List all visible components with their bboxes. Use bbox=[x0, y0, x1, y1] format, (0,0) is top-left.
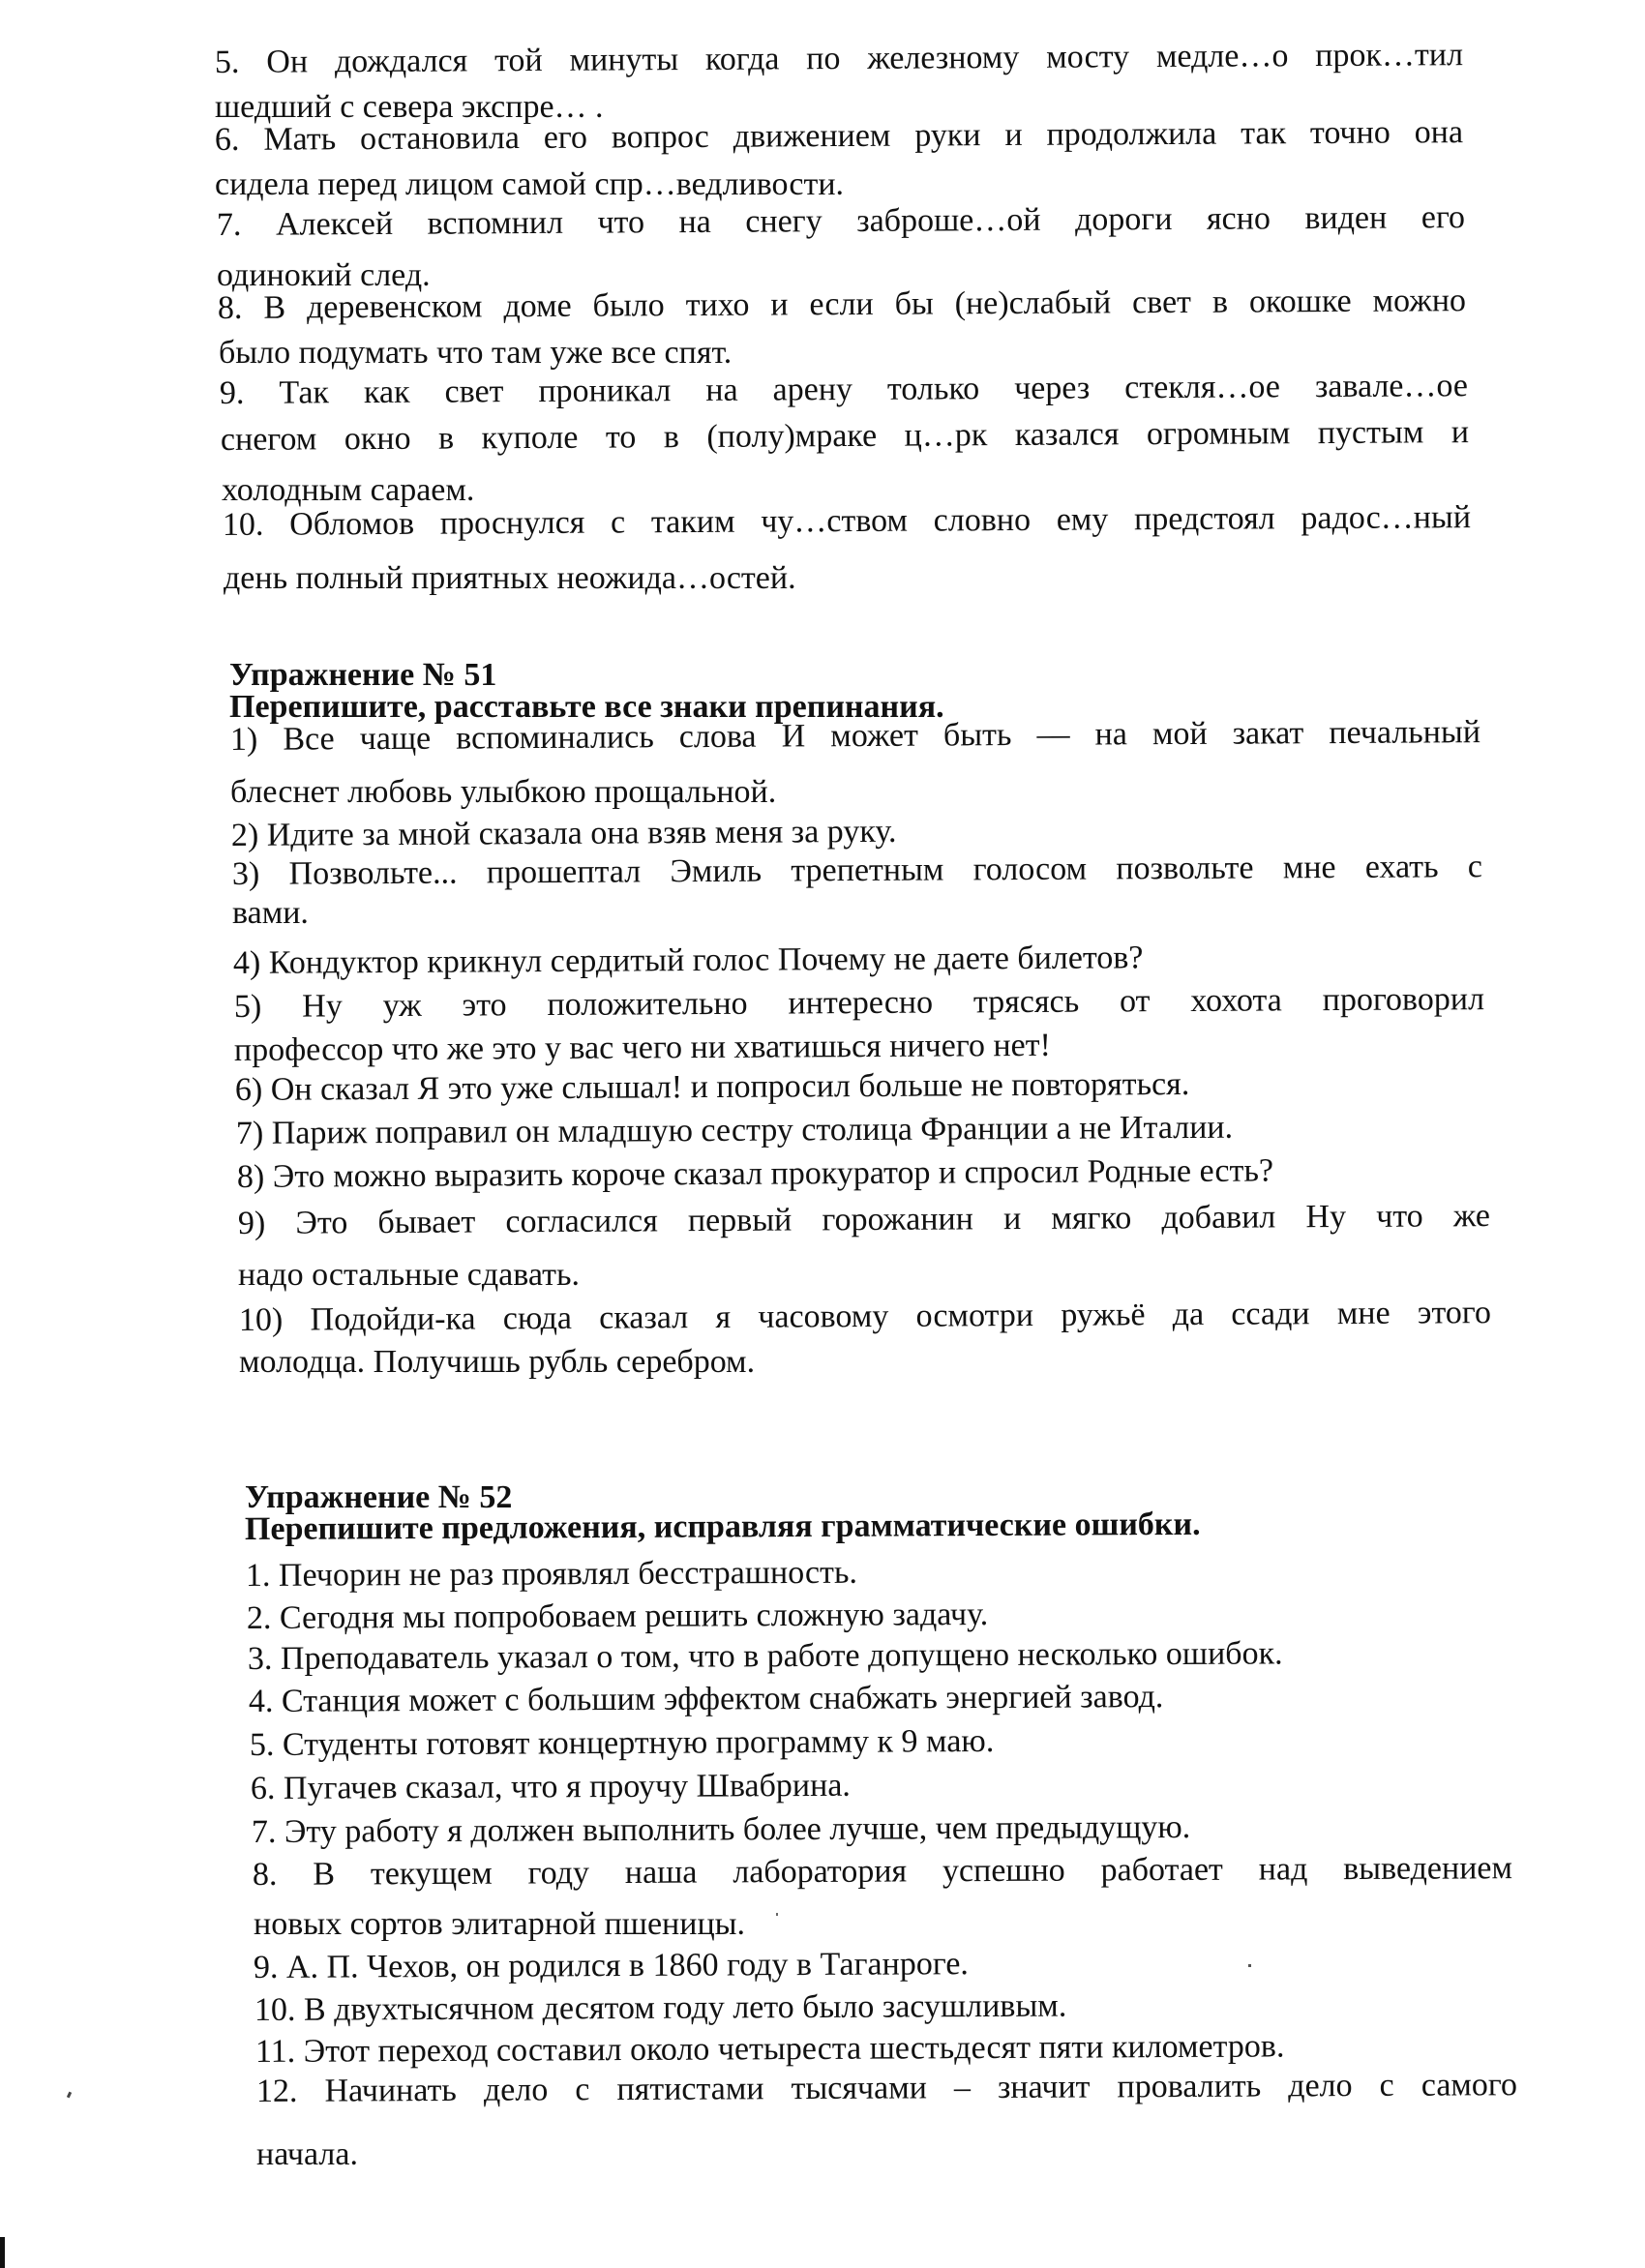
exercise-item-line: 7. Эту работу я должен выполнить более л… bbox=[252, 1807, 1190, 1853]
exercise-item-line: 9. А. П. Чехов, он родился в 1860 году в… bbox=[254, 1944, 969, 1988]
exercise-item-line: 11. Этот переход составил около четырест… bbox=[255, 2026, 1285, 2073]
exercise-item-line: 5) Ну уж это положительно интересно тряс… bbox=[234, 979, 1484, 1028]
scanned-page: 5. Он дождался той минуты когда по желез… bbox=[0, 0, 1645, 2268]
exercise-item-line: новых сортов элитарной пшеницы. bbox=[254, 1904, 745, 1945]
exercise-item-line: блеснет любовь улыбкою прощальной. bbox=[230, 772, 776, 813]
exercise-item-line: 10. Обломов проснулся с таким чу…ством с… bbox=[223, 497, 1471, 546]
scan-artifact-mark bbox=[776, 1913, 778, 1916]
exercise-item-line: 9. Так как свет проникал на арену только… bbox=[220, 366, 1468, 414]
exercise-item-line: начала. bbox=[256, 2134, 358, 2175]
exercise-item-line: снегом окно в куполе то в (полу)мраке ц…… bbox=[221, 412, 1469, 461]
exercise-item-line: 4. Станция может с большим эффектом снаб… bbox=[249, 1677, 1164, 1722]
exercise-item-line: 6. Мать остановила его вопрос движением … bbox=[215, 112, 1463, 161]
exercise-item-line: день полный приятных неожида…остей. bbox=[224, 558, 796, 599]
exercise-item-line: 9) Это бывает согласился первый горожани… bbox=[238, 1196, 1490, 1244]
exercise-item-line: надо остальные сдавать. bbox=[238, 1255, 580, 1296]
exercise-item-line: 5. Он дождался той минуты когда по желез… bbox=[215, 35, 1463, 83]
exercise-item-line: 8. В текущем году наша лаборатория успеш… bbox=[253, 1848, 1512, 1895]
exercise-item-line: 1) Все чаще вспоминались слова И может б… bbox=[230, 712, 1480, 761]
exercise-item-line: 7) Париж поправил он младшую сестру стол… bbox=[236, 1108, 1233, 1154]
exercise-item-line: 8) Это можно выразить короче сказал прок… bbox=[237, 1150, 1273, 1198]
exercise-item-line: 6. Пугачев сказал, что я проучу Швабрина… bbox=[251, 1766, 851, 1809]
scan-artifact-mark bbox=[67, 2092, 72, 2099]
exercise-item-line: сидела перед лицом самой спр…ведливости. bbox=[215, 164, 844, 205]
exercise-item-line: 5. Студенты готовят концертную программу… bbox=[250, 1721, 995, 1766]
exercise-item-line: 7. Алексей вспомнил что на снегу заброше… bbox=[217, 197, 1465, 246]
exercise-item-line: 8. В деревенском доме было тихо и если б… bbox=[218, 281, 1466, 329]
exercise-item-line: 4) Кондуктор крикнул сердитый голос Поче… bbox=[233, 938, 1144, 984]
exercise-item-line: было подумать что там уже все спят. bbox=[219, 333, 732, 373]
exercise-item-line: 6) Он сказал Я это уже слышал! и попроси… bbox=[235, 1064, 1190, 1111]
exercise-item-line: молодца. Получишь рубль серебром. bbox=[239, 1342, 755, 1383]
exercise-item-line: профессор что же это у вас чего ни хвати… bbox=[234, 1026, 1051, 1071]
exercise-item-line: 1. Печорин не раз проявлял бесстрашность… bbox=[246, 1553, 857, 1597]
exercise-item-line: 3) Позвольте... прошептал Эмиль трепетны… bbox=[232, 847, 1482, 895]
exercise-item-line: вами. bbox=[232, 893, 309, 934]
exercise-item-line: 10) Подойди-ка сюда сказал я часовому ос… bbox=[239, 1293, 1491, 1341]
exercise-item-line: 3. Преподаватель указал о том, что в раб… bbox=[248, 1633, 1283, 1680]
exercise-instruction: Перепишите предложения, исправляя грамма… bbox=[245, 1505, 1201, 1550]
scan-edge-bar bbox=[0, 2237, 5, 2268]
scan-artifact-mark bbox=[1248, 1964, 1251, 1967]
exercise-item-line: 12. Начинать дело с пятистами тысячами –… bbox=[256, 2065, 1517, 2112]
exercise-item-line: 2) Идите за мной сказала она взяв меня з… bbox=[231, 812, 897, 856]
exercise-item-line: 2. Сегодня мы попробоваем решить сложную… bbox=[247, 1595, 988, 1639]
exercise-item-line: 10. В двухтысячном десятом году лето был… bbox=[254, 1986, 1066, 2031]
